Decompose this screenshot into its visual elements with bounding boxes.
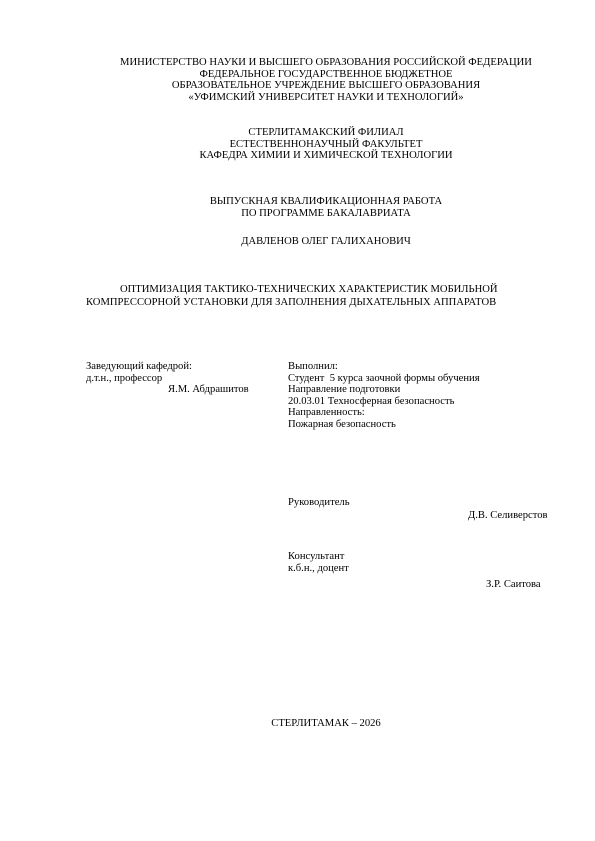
work-type-line-2: ПО ПРОГРАММЕ БАКАЛАВРИАТА: [60, 208, 592, 220]
work-type: ВЫПУСКНАЯ КВАЛИФИКАЦИОННАЯ РАБОТА ПО ПРО…: [60, 196, 592, 219]
head-of-department-name: Я.М. Абдрашитов: [168, 384, 249, 396]
ministry-line: МИНИСТЕРСТВО НАУКИ И ВЫСШЕГО ОБРАЗОВАНИЯ…: [60, 57, 592, 69]
consultant-name: З.Р. Саитова: [486, 579, 541, 591]
performer-label: Выполнил:: [288, 361, 480, 373]
title-page: МИНИСТЕРСТВО НАУКИ И ВЫСШЕГО ОБРАЗОВАНИЯ…: [0, 0, 595, 841]
author: ДАВЛЕНОВ ОЛЕГ ГАЛИХАНОВИЧ: [60, 236, 592, 248]
city-year: СТЕРЛИТАМАК – 2026: [60, 718, 592, 730]
head-of-department-degree: д.т.н., профессор: [86, 373, 192, 385]
institution-type-line-2: ОБРАЗОВАТЕЛЬНОЕ УЧРЕЖДЕНИЕ ВЫСШЕГО ОБРАЗ…: [60, 80, 592, 92]
direction-value: 20.03.01 Техносферная безопасность: [288, 396, 480, 408]
thesis-title-line-1: ОПТИМИЗАЦИЯ ТАКТИКО-ТЕХНИЧЕСКИХ ХАРАКТЕР…: [120, 284, 498, 296]
work-type-line-1: ВЫПУСКНАЯ КВАЛИФИКАЦИОННАЯ РАБОТА: [60, 196, 592, 208]
performer-student: Студент 5 курса заочной формы обучения: [288, 373, 480, 385]
author-name: ДАВЛЕНОВ ОЛЕГ ГАЛИХАНОВИЧ: [60, 236, 592, 248]
thesis-title-line-2: КОМПРЕССОРНОЙ УСТАНОВКИ ДЛЯ ЗАПОЛНЕНИЯ Д…: [86, 297, 496, 309]
head-of-department-label: Заведующий кафедрой:: [86, 361, 192, 373]
consultant-label: Консультант: [288, 551, 349, 563]
focus-value: Пожарная безопасность: [288, 419, 480, 431]
branch-info: СТЕРЛИТАМАКСКИЙ ФИЛИАЛ ЕСТЕСТВЕННОНАУЧНЫ…: [60, 127, 592, 162]
university-name: «УФИМСКИЙ УНИВЕРСИТЕТ НАУКИ И ТЕХНОЛОГИЙ…: [60, 92, 592, 104]
consultant: Консультант к.б.н., доцент З.Р. Саитова: [288, 551, 349, 574]
institution-type-line: ФЕДЕРАЛЬНОЕ ГОСУДАРСТВЕННОЕ БЮДЖЕТНОЕ: [60, 69, 592, 81]
supervisor: Руководитель Д.В. Селиверстов: [288, 497, 350, 509]
direction-label: Направление подготовки: [288, 384, 480, 396]
branch-name: СТЕРЛИТАМАКСКИЙ ФИЛИАЛ: [60, 127, 592, 139]
department-name: КАФЕДРА ХИМИИ И ХИМИЧЕСКОЙ ТЕХНОЛОГИИ: [60, 150, 592, 162]
supervisor-name: Д.В. Селиверстов: [468, 510, 548, 522]
faculty-name: ЕСТЕСТВЕННОНАУЧНЫЙ ФАКУЛЬТЕТ: [60, 139, 592, 151]
footer: СТЕРЛИТАМАК – 2026: [60, 718, 592, 730]
supervisor-label: Руководитель: [288, 497, 350, 509]
consultant-degree: к.б.н., доцент: [288, 563, 349, 575]
ministry-header: МИНИСТЕРСТВО НАУКИ И ВЫСШЕГО ОБРАЗОВАНИЯ…: [60, 57, 592, 103]
head-of-department: Заведующий кафедрой: д.т.н., профессор Я…: [86, 361, 192, 384]
focus-label: Направленность:: [288, 407, 480, 419]
performer: Выполнил: Студент 5 курса заочной формы …: [288, 361, 480, 431]
